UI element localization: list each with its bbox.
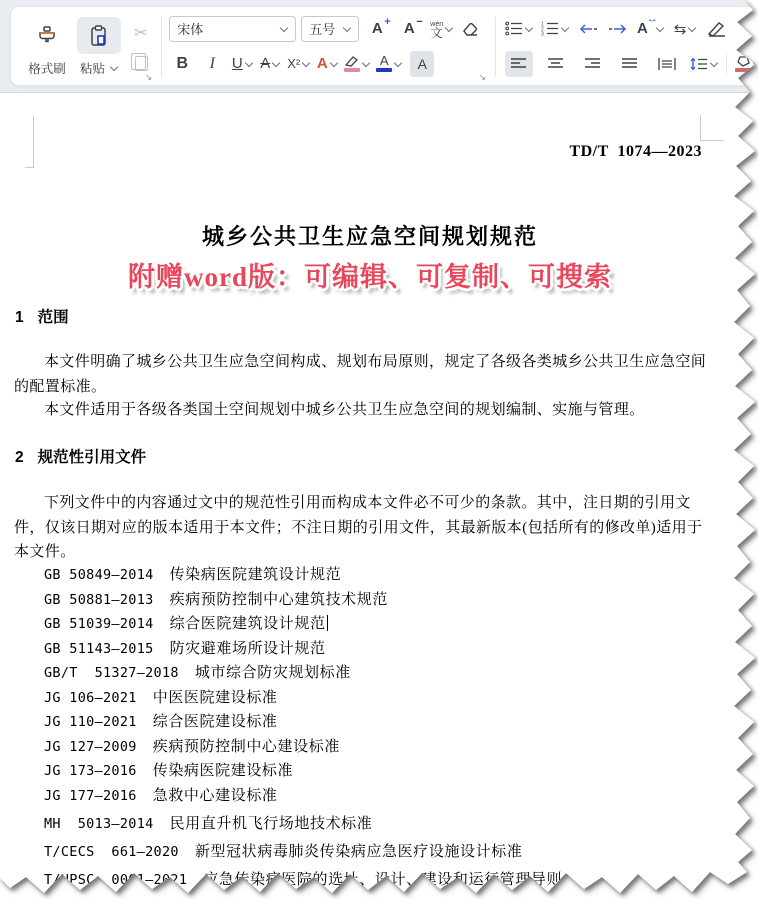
font-size-select[interactable]: 五号 [301, 16, 359, 42]
cropmark-top-left-icon [33, 116, 34, 168]
reference-code: GB/T 51327—2018 [44, 665, 179, 681]
line-spacing-button[interactable] [690, 51, 718, 77]
reference-row[interactable]: GB 50849—2014传染病医院建筑设计规范 [44, 563, 744, 588]
font-group: 宋体 五号 A+ A− [169, 11, 488, 83]
reference-row[interactable]: JG 106—2021中医医院建设标准 [44, 686, 744, 711]
font-name-select[interactable]: 宋体 [169, 16, 296, 42]
cropmark-top-right-icon [700, 115, 701, 141]
text-effects-icon: A [317, 55, 328, 72]
reference-row[interactable]: T/UPSC 0005—2021城市防疫专项规划编制导则 [44, 896, 744, 913]
svg-text:3: 3 [541, 32, 544, 36]
align-right-button[interactable] [579, 51, 607, 77]
reference-title: 疾病预防控制中心建设标准 [153, 739, 340, 755]
torn-paper-shadow: 格式刷 粘贴 [0, 0, 758, 913]
reference-code: MH 5013—2014 [44, 816, 154, 832]
align-left-button[interactable] [505, 51, 533, 77]
reference-code: JG 106—2021 [44, 690, 137, 706]
increase-font-button[interactable]: A+ [366, 16, 388, 42]
scissors-icon: ✂ [134, 23, 147, 43]
reference-title: 民用直升机飞行场地技术标准 [170, 816, 373, 832]
group-divider [495, 17, 496, 77]
paste-label: 粘贴 [80, 59, 105, 77]
reference-list: GB 50849—2014传染病医院建筑设计规范 GB 50881—2013疾病… [44, 563, 744, 913]
torn-paper-edge: 格式刷 粘贴 [0, 0, 758, 913]
text-effects-button[interactable]: A [316, 51, 338, 77]
reference-row[interactable]: MH 5013—2014民用直升机飞行场地技术标准 [44, 812, 744, 837]
align-left-icon [511, 57, 527, 71]
doc-title[interactable]: 城乡公共卫生应急空间规划规范 [0, 220, 740, 251]
strikethrough-icon: A [260, 55, 270, 72]
decrease-indent-button[interactable] [577, 16, 599, 42]
reference-title: 新型冠状病毒肺炎传染病应急医疗设施设计标准 [195, 844, 523, 860]
reference-title: 疾病预防控制中心建筑技术规范 [170, 592, 388, 608]
chevron-down-icon [445, 25, 453, 33]
chevron-down-icon [525, 25, 533, 33]
reference-code: JG 173—2016 [44, 763, 137, 779]
pen-book-icon [707, 21, 727, 37]
highlight-color-button[interactable] [344, 51, 370, 77]
bullet-list-icon [505, 21, 523, 36]
chevron-down-icon [753, 60, 758, 68]
reference-code: JG 127—2009 [44, 739, 137, 755]
shading-button[interactable] [735, 51, 758, 77]
reference-row[interactable]: T/CECS 661—2020新型冠状病毒肺炎传染病应急医疗设施设计标准 [44, 840, 744, 865]
eraser-icon [460, 20, 480, 38]
section-title: 范围 [38, 309, 69, 326]
group-divider [161, 17, 162, 77]
char-scale-button[interactable]: A ↔ [637, 16, 664, 42]
reference-row[interactable]: JG 127—2009疾病预防控制中心建设标准 [44, 735, 744, 760]
reference-row[interactable]: GB 51143—2015防灾避难场所设计规范 [44, 637, 744, 662]
reference-row[interactable]: GB/T 51327—2018城市综合防灾规划标准 [44, 661, 744, 686]
format-painter-label: 格式刷 [28, 59, 66, 77]
reference-code: T/UPSC 0001—2021 [44, 872, 187, 888]
reference-row[interactable]: GB 51039—2014综合医院建筑设计规范 [44, 612, 744, 637]
ribbon-chrome: 格式刷 粘贴 [0, 0, 758, 93]
bullet-list-button[interactable] [505, 16, 533, 42]
shading-bucket-icon [735, 55, 751, 72]
chevron-down-icon [280, 25, 288, 33]
reference-title: 应急传染病医院的选址、设计、建设和运行管理导则 [203, 872, 562, 888]
chevron-down-icon [302, 60, 310, 68]
reference-row[interactable]: GB 50881—2013疾病预防控制中心建筑技术规范 [44, 588, 744, 613]
distribute-icon [658, 57, 676, 71]
doc-standard-code[interactable]: TD/T 1074—2023 [569, 143, 702, 161]
numbered-list-icon: 1 2 3 [541, 21, 559, 36]
chevron-down-icon [330, 60, 338, 68]
cropmark-top-left-icon [25, 167, 34, 168]
reference-title: 传染病医院建设标准 [153, 763, 293, 779]
reference-code: T/UPSC 0005—2021 [44, 900, 187, 913]
section-title: 规范性引用文件 [38, 449, 147, 466]
screenshot-root: 格式刷 粘贴 [0, 0, 758, 913]
clipboard-group: 格式刷 粘贴 [21, 11, 154, 83]
italic-button[interactable]: I [201, 51, 223, 77]
font-size-value: 五号 [309, 19, 341, 38]
reference-title: 中医医院建设标准 [153, 690, 278, 706]
paragraph[interactable]: 下列文件中的内容通过文中的规范性引用而构成本文件必不可少的条款。其中，注日期的引… [14, 491, 714, 565]
distribute-button[interactable] [653, 51, 681, 77]
reference-code: JG 110—2021 [44, 714, 137, 730]
reference-code: GB 51143—2015 [44, 641, 154, 657]
highlight-pen-icon [344, 55, 360, 72]
copy-icon [135, 56, 148, 71]
chevron-down-icon [362, 60, 370, 68]
section-number: 1 [15, 309, 24, 326]
align-right-icon [585, 57, 601, 71]
reference-row[interactable]: JG 173—2016传染病医院建设标准 [44, 759, 744, 784]
reference-title: 综合医院建设标准 [153, 714, 278, 730]
group-divider [726, 54, 727, 74]
line-spacing-icon [690, 57, 708, 71]
cropmark-top-right-icon [700, 140, 724, 141]
reference-row[interactable]: JG 110—2021综合医院建设标准 [44, 710, 744, 735]
text-cursor-caret [327, 615, 329, 631]
cut-button[interactable]: ✂ [129, 21, 153, 45]
increase-indent-button[interactable] [607, 16, 629, 42]
reference-title: 城市防疫专项规划编制导则 [203, 900, 390, 913]
decrease-font-icon: A− [404, 20, 415, 37]
section-1-heading[interactable]: 1范围 [15, 305, 69, 327]
clipped-edge-button[interactable] [706, 16, 728, 42]
superscript-icon: X² [287, 56, 300, 71]
chevron-down-icon [656, 25, 664, 33]
superscript-button[interactable]: X² [287, 51, 310, 77]
reference-title: 急救中心建设标准 [153, 788, 278, 804]
reference-code: GB 50881—2013 [44, 592, 154, 608]
swap-arrows-icon: ⇆ [674, 20, 687, 38]
format-painter-icon [25, 17, 69, 54]
char-shading-icon: A [418, 56, 427, 72]
strikethrough-button[interactable]: A [259, 51, 281, 77]
toolbar: 格式刷 粘贴 [10, 6, 758, 86]
chevron-down-icon [394, 60, 402, 68]
reference-code: T/CECS 661—2020 [44, 844, 179, 860]
paragraph-group: 1 2 3 [503, 11, 758, 83]
paste-icon [77, 17, 121, 54]
clipboard-dialog-launcher-icon[interactable]: ↘ [145, 73, 153, 82]
underline-icon: U [232, 55, 243, 72]
font-color-button[interactable]: A [376, 51, 402, 77]
text-direction-button[interactable]: ⇆ [674, 16, 697, 42]
numbered-list-button[interactable]: 1 2 3 [541, 16, 569, 42]
pinyin-guide-icon: wén 文 [430, 21, 443, 37]
decrease-font-button[interactable]: A− [398, 16, 420, 42]
decrease-indent-icon [578, 22, 598, 36]
paste-button[interactable]: 粘贴 [73, 11, 125, 83]
increase-font-icon: A+ [372, 20, 383, 37]
pinyin-guide-button[interactable]: wén 文 [430, 16, 453, 42]
bold-button[interactable]: B [171, 51, 193, 77]
reference-code: JG 177—2016 [44, 788, 137, 804]
chevron-down-icon [688, 25, 696, 33]
reference-title: 防灾避难场所设计规范 [170, 641, 326, 657]
reference-code: GB 50849—2014 [44, 567, 154, 583]
chevron-down-icon [710, 60, 718, 68]
reference-title: 城市综合防灾规划标准 [195, 665, 351, 681]
reference-code: GB 51039—2014 [44, 616, 154, 632]
bold-icon: B [176, 55, 188, 73]
underline-button[interactable]: U [231, 51, 253, 77]
reference-title: 传染病医院建筑设计规范 [170, 567, 342, 583]
chevron-down-icon [343, 25, 351, 33]
italic-icon: I [210, 55, 215, 73]
clear-format-button[interactable] [459, 16, 481, 42]
format-painter-button[interactable]: 格式刷 [21, 11, 73, 83]
font-name-value: 宋体 [177, 19, 278, 38]
section-2-heading[interactable]: 2规范性引用文件 [15, 445, 146, 467]
align-center-button[interactable] [542, 51, 570, 77]
reference-row[interactable]: JG 177—2016急救中心建设标准 [44, 784, 744, 809]
char-scale-icon: A ↔ [637, 20, 648, 37]
font-color-icon: A [376, 55, 392, 72]
justify-icon [622, 57, 638, 71]
reference-title: 综合医院建筑设计规范 [170, 616, 326, 632]
chevron-down-icon [272, 60, 280, 68]
chevron-down-icon [561, 25, 569, 33]
promo-banner[interactable]: 附赠word版：可编辑、可复制、可搜索 [0, 255, 740, 294]
reference-row[interactable]: T/UPSC 0001—2021应急传染病医院的选址、设计、建设和运行管理导则 [44, 868, 744, 893]
justify-button[interactable] [616, 51, 644, 77]
paragraph[interactable]: 本文件适用于各级各类国土空间规划中城乡公共卫生应急空间的规划编制、实施与管理。 [14, 398, 714, 423]
section-number: 2 [15, 449, 24, 466]
font-dialog-launcher-icon[interactable]: ↘ [478, 73, 486, 82]
increase-indent-icon [608, 22, 628, 36]
char-shading-button[interactable]: A [410, 51, 434, 77]
chevron-down-icon [245, 60, 253, 68]
chevron-down-icon [110, 64, 118, 72]
align-center-icon [548, 57, 564, 71]
paragraph[interactable]: 本文件明确了城乡公共卫生应急空间构成、规划布局原则，规定了各级各类城乡公共卫生应… [14, 350, 714, 399]
